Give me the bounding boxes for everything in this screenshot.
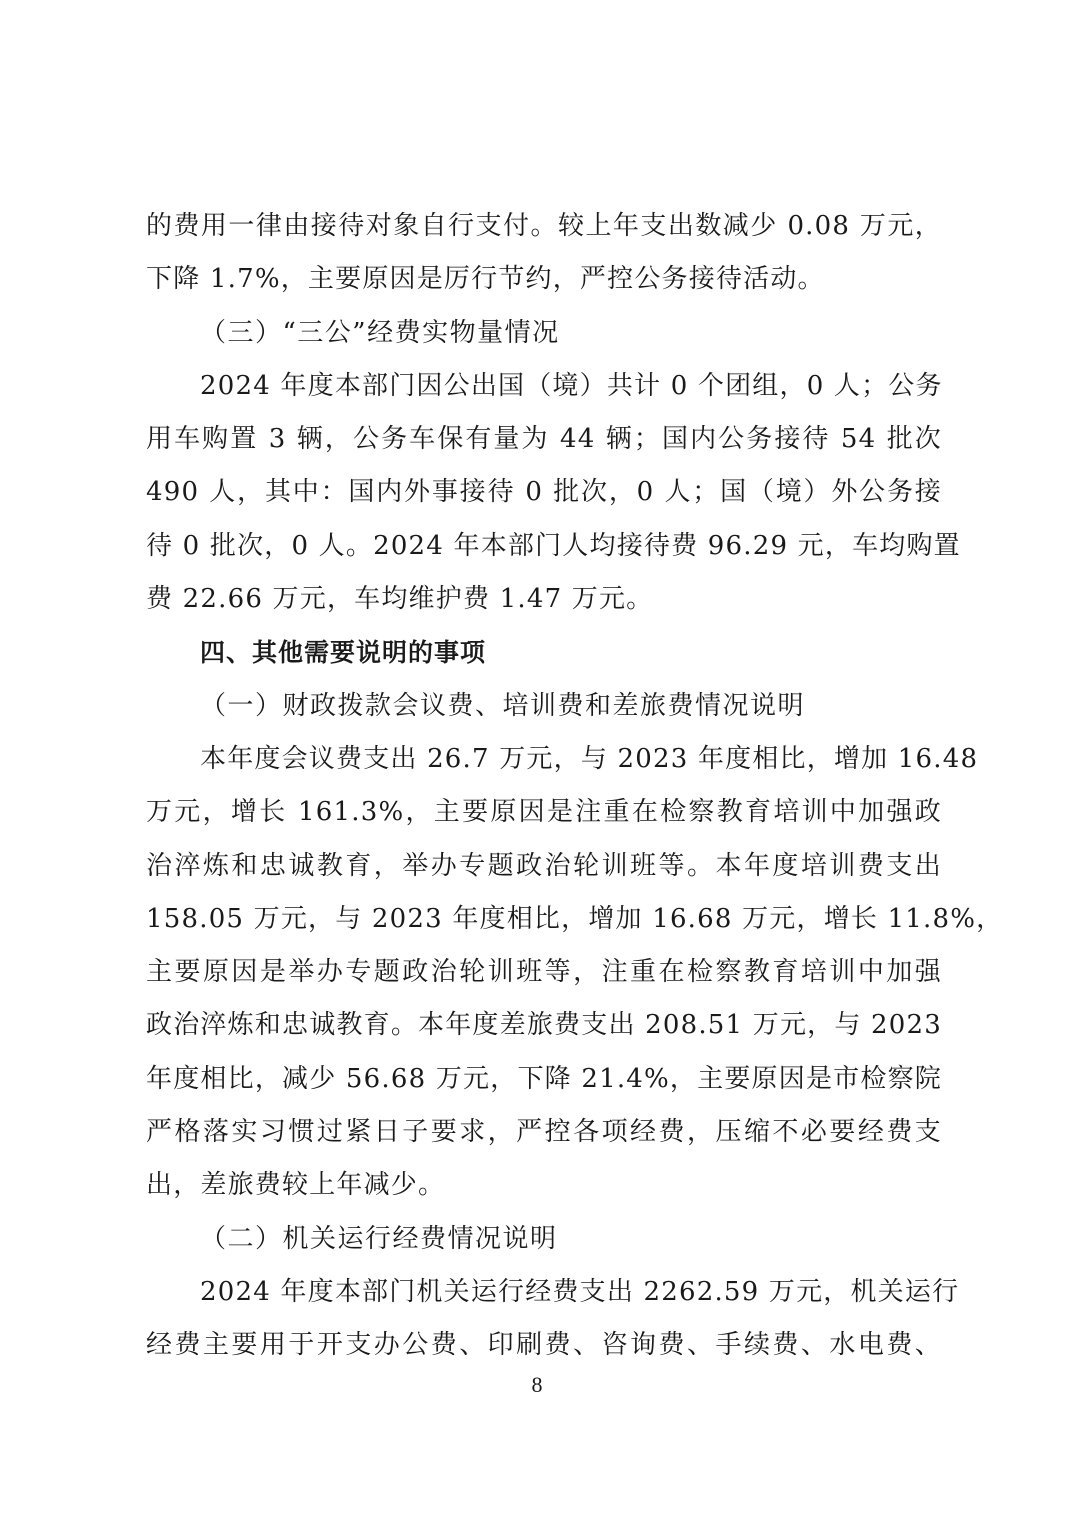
page-number: 8 bbox=[0, 1372, 1074, 1398]
paragraph-line: 用车购置 3 辆，公务车保有量为 44 辆；国内公务接待 54 批次 bbox=[146, 413, 942, 466]
paragraph-line: 158.05 万元，与 2023 年度相比，增加 16.68 万元，增长 11.… bbox=[146, 893, 942, 946]
document-page: 的费用一律由接待对象自行支付。较上年支出数减少 0.08 万元， 下降 1.7%… bbox=[146, 200, 942, 1373]
paragraph-line: 经费主要用于开支办公费、印刷费、咨询费、手续费、水电费、 bbox=[146, 1319, 942, 1372]
paragraph-line: 本年度会议费支出 26.7 万元，与 2023 年度相比，增加 16.48 bbox=[146, 733, 942, 786]
paragraph-line: 年度相比，减少 56.68 万元，下降 21.4%，主要原因是市检察院 bbox=[146, 1053, 942, 1106]
paragraph-line: 2024 年度本部门机关运行经费支出 2262.59 万元，机关运行 bbox=[146, 1266, 942, 1319]
section-subheading-operating-expenses: （二）机关运行经费情况说明 bbox=[146, 1213, 942, 1266]
section-subheading-three-public-quantities: （三）“三公”经费实物量情况 bbox=[146, 307, 942, 360]
paragraph-line: 严格落实习惯过紧日子要求，严控各项经费，压缩不必要经费支 bbox=[146, 1106, 942, 1159]
paragraph-line: 万元，增长 161.3%，主要原因是注重在检察教育培训中加强政 bbox=[146, 786, 942, 839]
paragraph-line: 2024 年度本部门因公出国（境）共计 0 个团组，0 人；公务 bbox=[146, 360, 942, 413]
paragraph-line: 主要原因是举办专题政治轮训班等，注重在检察教育培训中加强 bbox=[146, 946, 942, 999]
paragraph-line: 的费用一律由接待对象自行支付。较上年支出数减少 0.08 万元， bbox=[146, 200, 942, 253]
section-subheading-meeting-training-travel: （一）财政拨款会议费、培训费和差旅费情况说明 bbox=[146, 680, 942, 733]
paragraph-line: 出，差旅费较上年减少。 bbox=[146, 1159, 942, 1212]
paragraph-line: 下降 1.7%，主要原因是厉行节约，严控公务接待活动。 bbox=[146, 253, 942, 306]
paragraph-line: 490 人，其中：国内外事接待 0 批次，0 人；国（境）外公务接 bbox=[146, 466, 942, 519]
paragraph-line: 治淬炼和忠诚教育，举办专题政治轮训班等。本年度培训费支出 bbox=[146, 840, 942, 893]
paragraph-line: 政治淬炼和忠诚教育。本年度差旅费支出 208.51 万元，与 2023 bbox=[146, 999, 942, 1052]
section-heading-other-matters: 四、其他需要说明的事项 bbox=[146, 626, 942, 679]
paragraph-line: 费 22.66 万元，车均维护费 1.47 万元。 bbox=[146, 573, 942, 626]
paragraph-line: 待 0 批次，0 人。2024 年本部门人均接待费 96.29 元，车均购置 bbox=[146, 520, 942, 573]
